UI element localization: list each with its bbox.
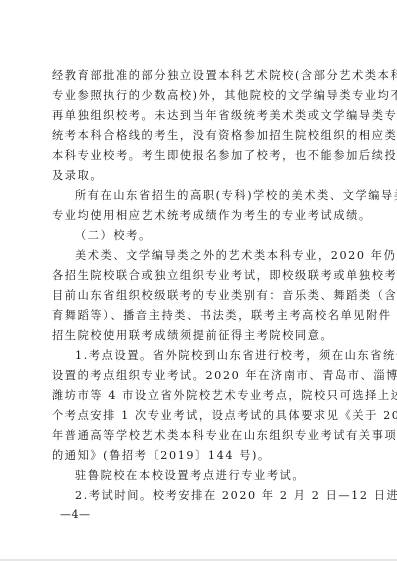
text-line: 经教育部批准的部分独立设置本科艺术院校(含部分艺术类本科 (52, 66, 348, 86)
text-line: 美术类、文学编导类之外的艺术类本科专业，2020 年仍由 (52, 246, 348, 266)
text-line: 本科专业校考。考生即使报名参加了校考，也不能参加后续投档 (52, 146, 348, 166)
text-line: 再单独组织校考。未达到当年省级统考美术类或文学编导类专业 (52, 106, 348, 126)
text-line: 目前山东省组织校级联考的专业类别有：音乐类、舞蹈类（含体 (52, 286, 348, 306)
text-line: 2.考试时间。校考安排在 2020 年 2 月 2 日—12 日进行。在 (52, 486, 348, 506)
text-line: 专业均使用相应艺术统考成绩作为考生的专业考试成绩。 (52, 206, 348, 226)
document-page: 经教育部批准的部分独立设置本科艺术院校(含部分艺术类本科 专业参照执行的少数高校… (0, 0, 397, 559)
text-line: 年普通高等学校艺术类本科专业在山东组织专业考试有关事项 (52, 426, 348, 446)
section-heading: （二）校考。 (52, 226, 348, 246)
text-line: 个考点安排 1 次专业考试，设点考试的具体要求见《关于 2020 (52, 406, 348, 426)
text-line: 所有在山东省招生的高职(专科)学校的美术类、文学编导类 (52, 186, 348, 206)
text-line: 育舞蹈等）、播音主持类、书法类，联考主考高校名单见附件 2。 (52, 306, 348, 326)
text-line: 统考本科合格线的考生，没有资格参加招生院校组织的相应类别 (52, 126, 348, 146)
text-line: 的通知》(鲁招考〔2019〕144 号)。 (52, 446, 348, 466)
text-line: 各招生院校联合或独立组织专业考试，即校级联考或单独校考。 (52, 266, 348, 286)
document-body: 经教育部批准的部分独立设置本科艺术院校(含部分艺术类本科 专业参照执行的少数高校… (52, 66, 348, 506)
text-line: 潍坊市等 4 市设立省外院校艺术专业考点，院校只可选择上述 1 (52, 386, 348, 406)
text-line: 专业参照执行的少数高校)外，其他院校的文学编导类专业均不 (52, 86, 348, 106)
text-line: 1.考点设置。省外院校到山东省进行校考，须在山东省统一 (52, 346, 348, 366)
page-number: —4— (60, 508, 91, 521)
text-line: 驻鲁院校在本校设置考点进行专业考试。 (52, 466, 348, 486)
text-line: 设置的考点组织专业考试。2020 年在济南市、青岛市、淄博市、 (52, 366, 348, 386)
text-line: 招生院校使用联考成绩须提前征得主考院校同意。 (52, 326, 348, 346)
text-line: 及录取。 (52, 166, 348, 186)
